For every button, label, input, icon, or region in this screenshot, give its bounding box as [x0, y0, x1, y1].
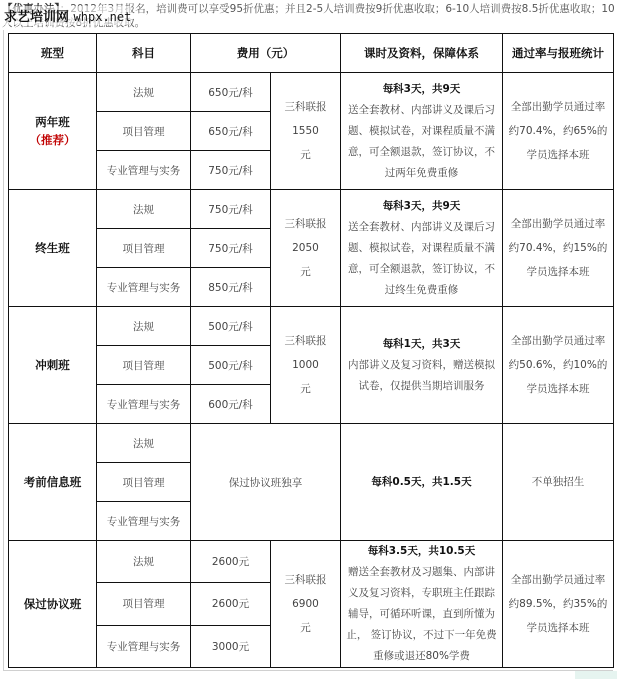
- class-type-cell: 冲刺班: [9, 307, 97, 424]
- bundle-fee: 三科联报1550: [285, 101, 327, 137]
- subject-cell: 专业管理与实务: [97, 625, 191, 667]
- bundle-unit: 元: [274, 143, 337, 167]
- fee-table: 班型 科目 费用（元） 课时及资料，保障体系 通过率与报班统计 两年班 （推荐）…: [8, 33, 614, 668]
- schedule: 每科1天，共3天: [344, 334, 499, 355]
- stats-cell: 全部出勤学员通过率约89.5%，约35%的学员选择本班: [503, 541, 614, 668]
- fee-cell: 2600元: [191, 541, 271, 583]
- schedule: 每科3天，共9天: [344, 196, 499, 217]
- fee-cell: 600元/科: [191, 385, 271, 424]
- fee-cell: 750元/科: [191, 190, 271, 229]
- table-row: 考前信息班 法规 保过协议班独享 每科0.5天，共1.5天 不单独招生: [9, 424, 614, 463]
- bundle-fee-cell: 三科联报1550 元: [271, 73, 341, 190]
- bundle-fee: 三科联报1000: [285, 335, 327, 371]
- subject-cell: 项目管理: [97, 583, 191, 625]
- subject-cell: 法规: [97, 424, 191, 463]
- hours-details-cell: 每科3天，共9天 送全套教材、内部讲义及课后习题、模拟试卷，对课程质量不满意，可…: [341, 73, 503, 190]
- subject-cell: 项目管理: [97, 463, 191, 502]
- class-type-cell: 保过协议班: [9, 541, 97, 668]
- watermark-name: 求艺培训网: [4, 10, 69, 25]
- stats-cell: 全部出勤学员通过率约50.6%，约10%的学员选择本班: [503, 307, 614, 424]
- subject-cell: 专业管理与实务: [97, 268, 191, 307]
- fee-cell: 750元/科: [191, 151, 271, 190]
- class-type-cell: 终生班: [9, 190, 97, 307]
- schedule: 每科3天，共9天: [344, 79, 499, 100]
- header-class-type: 班型: [9, 34, 97, 73]
- fee-cell: 650元/科: [191, 73, 271, 112]
- bundle-unit: 元: [274, 377, 337, 401]
- hours-details-cell: 每科0.5天，共1.5天: [341, 424, 503, 541]
- hours-details-cell: 每科1天，共3天 内部讲义及复习资料，赠送模拟试卷，仅提供当期培训服务: [341, 307, 503, 424]
- class-type-cell: 两年班 （推荐）: [9, 73, 97, 190]
- fee-cell: 850元/科: [191, 268, 271, 307]
- subject-cell: 项目管理: [97, 112, 191, 151]
- header-hours: 课时及资料，保障体系: [341, 34, 503, 73]
- bundle-unit: 元: [274, 260, 337, 284]
- stats-cell: 全部出勤学员通过率约70.4%，约65%的学员选择本班: [503, 73, 614, 190]
- bundle-fee-cell: 三科联报1000 元: [271, 307, 341, 424]
- watermark: 求艺培训网 whpx.net: [4, 6, 131, 25]
- bundle-fee: 三科联报2050: [285, 218, 327, 254]
- fee-cell: 2600元: [191, 583, 271, 625]
- class-type-cell: 考前信息班: [9, 424, 97, 541]
- subject-cell: 专业管理与实务: [97, 151, 191, 190]
- details: 送全套教材、内部讲义及课后习题、模拟试卷，对课程质量不满意，可全额退款，签订协议…: [348, 221, 495, 296]
- fee-cell: 500元/科: [191, 346, 271, 385]
- fee-cell: 500元/科: [191, 307, 271, 346]
- bundle-unit: 元: [274, 616, 337, 640]
- stats-cell: 全部出勤学员通过率约70.4%，约15%的学员选择本班: [503, 190, 614, 307]
- subject-cell: 法规: [97, 190, 191, 229]
- frame-left-border: [3, 30, 4, 670]
- class-type-name: 两年班: [35, 115, 70, 129]
- fee-cell: 650元/科: [191, 112, 271, 151]
- corner-badge: [575, 671, 617, 679]
- hours-details-cell: 每科3天，共9天 送全套教材、内部讲义及课后习题、模拟试卷，对课程质量不满意，可…: [341, 190, 503, 307]
- details: 赠送全套教材及习题集、内部讲义及复习资料，专职班主任跟踪辅导，可循环听课，直到所…: [346, 566, 496, 662]
- recommended-tag: （推荐）: [12, 132, 93, 148]
- fee-cell: 750元/科: [191, 229, 271, 268]
- stats-cell: 不单独招生: [503, 424, 614, 541]
- details: 内部讲义及复习资料，赠送模拟试卷，仅提供当期培训服务: [348, 359, 495, 392]
- subject-cell: 项目管理: [97, 346, 191, 385]
- subject-cell: 法规: [97, 307, 191, 346]
- hours-details-cell: 每科3.5天，共10.5天 赠送全套教材及习题集、内部讲义及复习资料，专职班主任…: [341, 541, 503, 668]
- subject-cell: 专业管理与实务: [97, 502, 191, 541]
- schedule: 每科0.5天，共1.5天: [344, 472, 499, 493]
- fee-cell: 3000元: [191, 625, 271, 667]
- table-row: 保过协议班 法规 2600元 三科联报6900 元 每科3.5天，共10.5天 …: [9, 541, 614, 583]
- bundle-fee-cell: 三科联报2050 元: [271, 190, 341, 307]
- table-row: 冲刺班 法规 500元/科 三科联报1000 元 每科1天，共3天 内部讲义及复…: [9, 307, 614, 346]
- header-row: 班型 科目 费用（元） 课时及资料，保障体系 通过率与报班统计: [9, 34, 614, 73]
- header-subject: 科目: [97, 34, 191, 73]
- frame-bottom-border: [3, 670, 613, 671]
- table-row: 终生班 法规 750元/科 三科联报2050 元 每科3天，共9天 送全套教材、…: [9, 190, 614, 229]
- subject-cell: 法规: [97, 541, 191, 583]
- subject-cell: 项目管理: [97, 229, 191, 268]
- bundle-fee-cell: 三科联报6900 元: [271, 541, 341, 668]
- subject-cell: 专业管理与实务: [97, 385, 191, 424]
- bundle-fee: 三科联报6900: [285, 574, 327, 610]
- details: 送全套教材、内部讲义及课后习题、模拟试卷，对课程质量不满意，可全额退款，签订协议…: [348, 104, 495, 179]
- fee-merged-cell: 保过协议班独享: [191, 424, 341, 541]
- watermark-url: whpx.net: [74, 10, 132, 24]
- schedule: 每科3.5天，共10.5天: [344, 541, 499, 562]
- header-fee: 费用（元）: [191, 34, 341, 73]
- header-stats: 通过率与报班统计: [503, 34, 614, 73]
- table-row: 两年班 （推荐） 法规 650元/科 三科联报1550 元 每科3天，共9天 送…: [9, 73, 614, 112]
- subject-cell: 法规: [97, 73, 191, 112]
